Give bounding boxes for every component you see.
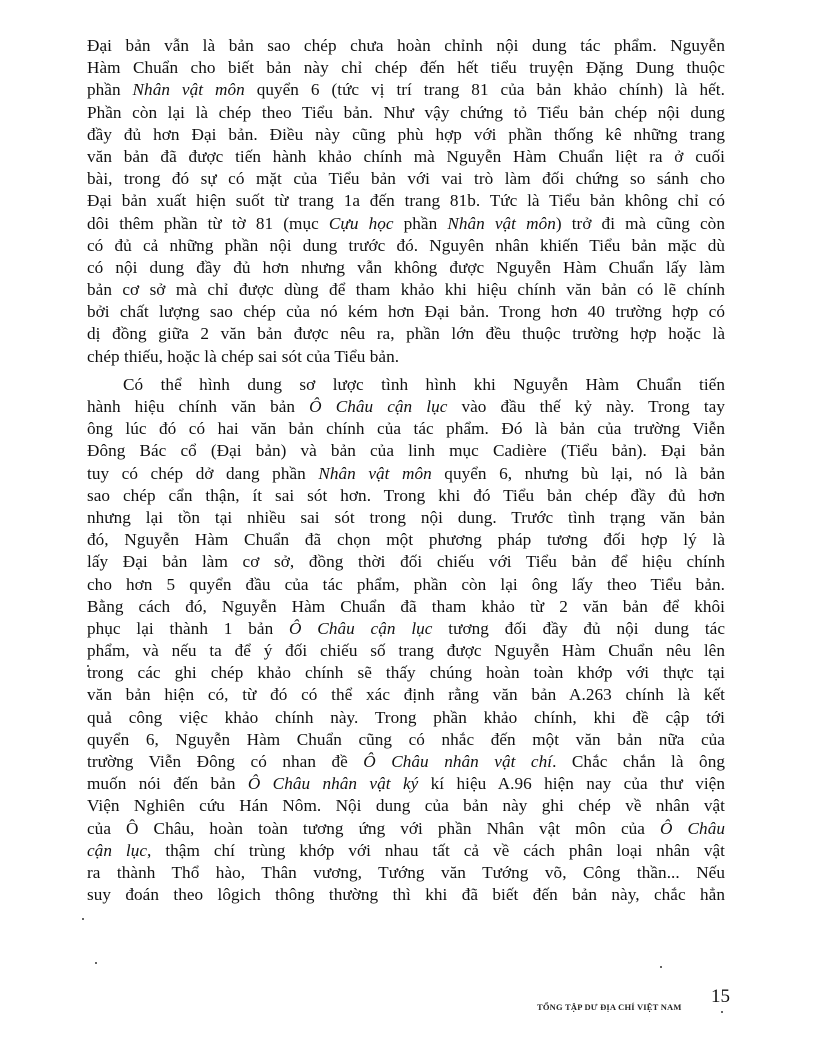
italic-title: Nhân vật môn — [318, 464, 431, 483]
text-segment: trường Viễn Đông có nhan đề — [87, 752, 363, 771]
italic-title: Ô Châu — [660, 819, 725, 838]
scan-speck — [87, 665, 89, 667]
text-line: sao chép cẩn thận, ít sai sót hơn. Trong… — [87, 485, 725, 507]
text-line: lấy Đại bản làm cơ sở, đồng thời đối chi… — [87, 551, 725, 573]
text-segment: suy đoán theo lôgich thông thường thì kh… — [87, 885, 725, 904]
text-segment: của Ô Châu, hoàn toàn tương ứng với phần… — [87, 819, 660, 838]
text-segment: , thậm chí trùng khớp với nhau tất cả về… — [147, 841, 725, 860]
text-line: nhưng lại tồn tại nhiều sai sót trong nộ… — [87, 507, 725, 529]
text-segment: văn bản hiện có, từ đó có thể xác định r… — [87, 685, 725, 704]
text-segment: Đại bản xuất hiện suốt từ trang 1a đến t… — [87, 191, 725, 210]
text-line: Đại bản vẫn là bản sao chép chưa hoàn ch… — [87, 35, 725, 57]
text-segment: ) trở đi mà cũng còn — [556, 214, 725, 233]
text-segment: bài, trong đó sự có mặt của Tiểu bản với… — [87, 169, 725, 188]
text-segment: trong các ghi chép khảo chính sẽ thấy ch… — [87, 663, 725, 682]
text-segment: ra thành Thổ hào, Thân vương, Tướng văn … — [87, 863, 725, 882]
text-line: Phần còn lại là chép theo Tiểu bản. Như … — [87, 102, 725, 124]
text-line: Có thể hình dung sơ lược tình hình khi N… — [87, 374, 725, 396]
text-segment: dị đồng giữa 2 văn bản được nêu ra, phần… — [87, 324, 725, 343]
text-line: muốn nói đến bản Ô Châu nhân vật ký kí h… — [87, 773, 725, 795]
text-segment: lấy Đại bản làm cơ sở, đồng thời đối chi… — [87, 552, 725, 571]
scan-speck — [721, 1011, 723, 1013]
text-segment: dôi thêm phần từ tờ 81 (mục — [87, 214, 329, 233]
text-segment: muốn nói đến bản — [87, 774, 248, 793]
text-segment: cho hơn 5 quyển đầu của tác phẩm, phần c… — [87, 575, 725, 594]
text-line: trong các ghi chép khảo chính sẽ thấy ch… — [87, 662, 725, 684]
running-footer-title: TỔNG TẬP DƯ ĐỊA CHÍ VIỆT NAM — [537, 1002, 682, 1012]
text-segment: quyển 6 (tức vị trí trang 81 của bản khả… — [245, 80, 725, 99]
text-segment: Hàm Chuẩn cho biết bản này chỉ chép đến … — [87, 58, 725, 77]
text-line: quả công việc khảo chính này. Trong phần… — [87, 707, 725, 729]
text-segment: tuy có chép dở dang phần — [87, 464, 318, 483]
text-line: phần Nhân vật môn quyển 6 (tức vị trí tr… — [87, 79, 725, 101]
text-line: có đủ cả những phần nội dung trước đó. N… — [87, 235, 725, 257]
scan-speck — [95, 962, 97, 964]
text-segment: kí hiệu A.96 hiện nay của thư viện — [418, 774, 725, 793]
document-page: Đại bản vẫn là bản sao chép chưa hoàn ch… — [0, 0, 816, 1056]
paragraph: Đại bản vẫn là bản sao chép chưa hoàn ch… — [87, 35, 725, 368]
text-segment: phần — [394, 214, 448, 233]
text-segment: bởi chất lượng sao chép của nó kém hơn Đ… — [87, 302, 725, 321]
text-line: đầy đủ hơn Đại bản. Điều này cũng phù hợ… — [87, 124, 725, 146]
text-line: ông lúc đó có hai văn bản chính của tác … — [87, 418, 725, 440]
text-line: phục lại thành 1 bản Ô Châu cận lục tươn… — [87, 618, 725, 640]
text-line: hành hiệu chính văn bản Ô Châu cận lục v… — [87, 396, 725, 418]
body-text: Đại bản vẫn là bản sao chép chưa hoàn ch… — [87, 35, 725, 906]
text-segment: hành hiệu chính văn bản — [87, 397, 309, 416]
page-number: 15 — [711, 986, 730, 1008]
text-line: suy đoán theo lôgich thông thường thì kh… — [87, 884, 725, 906]
italic-title: Nhân vật môn — [447, 214, 556, 233]
text-segment: bản cơ sở mà chỉ được dùng để tham khảo … — [87, 280, 725, 299]
text-segment: Đông Bác cổ (Đại bản) và bản của linh mụ… — [87, 441, 725, 460]
text-segment: Đại bản vẫn là bản sao chép chưa hoàn ch… — [87, 36, 725, 55]
text-segment: Viện Nghiên cứu Hán Nôm. Nội dung của bả… — [87, 796, 725, 815]
scan-speck — [660, 966, 662, 968]
text-segment: Phần còn lại là chép theo Tiểu bản. Như … — [87, 103, 725, 122]
text-line: Bằng cách đó, Nguyễn Hàm Chuẩn đã tham k… — [87, 596, 725, 618]
italic-title: Ô Châu cận lục — [289, 619, 432, 638]
text-line: chép thiếu, hoặc là chép sai sót của Tiể… — [87, 346, 725, 368]
text-segment: quả công việc khảo chính này. Trong phần… — [87, 708, 725, 727]
text-line: có nội dung đầy đủ hơn nhưng vẫn không đ… — [87, 257, 725, 279]
text-segment: ông lúc đó có hai văn bản chính của tác … — [87, 419, 725, 438]
text-segment: quyển 6, Nguyễn Hàm Chuẩn cũng có nhắc đ… — [87, 730, 725, 749]
text-line: bài, trong đó sự có mặt của Tiểu bản với… — [87, 168, 725, 190]
text-line: bản cơ sở mà chỉ được dùng để tham khảo … — [87, 279, 725, 301]
text-segment: văn bản đã được tiến hành khảo chính mà … — [87, 147, 725, 166]
text-line: ra thành Thổ hào, Thân vương, Tướng văn … — [87, 862, 725, 884]
italic-title: Ô Châu cận lục — [309, 397, 447, 416]
text-line: Đông Bác cổ (Đại bản) và bản của linh mụ… — [87, 440, 725, 462]
text-line: phẩm, và nếu ta để ý đối chiếu số trang … — [87, 640, 725, 662]
text-segment: sao chép cẩn thận, ít sai sót hơn. Trong… — [87, 486, 725, 505]
text-line: của Ô Châu, hoàn toàn tương ứng với phần… — [87, 818, 725, 840]
italic-title: cận lục — [87, 841, 147, 860]
italic-title: Nhân vật môn — [133, 80, 245, 99]
text-line: văn bản hiện có, từ đó có thể xác định r… — [87, 684, 725, 706]
text-segment: quyển 6, nhưng bù lại, nó là bản — [432, 464, 725, 483]
paragraph: Có thể hình dung sơ lược tình hình khi N… — [87, 374, 725, 907]
text-line: Viện Nghiên cứu Hán Nôm. Nội dung của bả… — [87, 795, 725, 817]
text-line: văn bản đã được tiến hành khảo chính mà … — [87, 146, 725, 168]
text-line: đó, Nguyễn Hàm Chuẩn đã chọn một phương … — [87, 529, 725, 551]
text-segment: phẩm, và nếu ta để ý đối chiếu số trang … — [87, 641, 725, 660]
text-line: trường Viễn Đông có nhan đề Ô Châu nhân … — [87, 751, 725, 773]
text-line: Hàm Chuẩn cho biết bản này chỉ chép đến … — [87, 57, 725, 79]
text-line: tuy có chép dở dang phần Nhân vật môn qu… — [87, 463, 725, 485]
text-segment: Có thể hình dung sơ lược tình hình khi N… — [123, 375, 725, 394]
text-line: cận lục, thậm chí trùng khớp với nhau tấ… — [87, 840, 725, 862]
text-line: quyển 6, Nguyễn Hàm Chuẩn cũng có nhắc đ… — [87, 729, 725, 751]
text-line: dôi thêm phần từ tờ 81 (mục Cựu học phần… — [87, 213, 725, 235]
text-segment: phục lại thành 1 bản — [87, 619, 289, 638]
text-segment: tương đối đầy đủ nội dung tác — [432, 619, 725, 638]
text-segment: đó, Nguyễn Hàm Chuẩn đã chọn một phương … — [87, 530, 725, 549]
text-segment: nhưng lại tồn tại nhiều sai sót trong nộ… — [87, 508, 725, 527]
text-segment: vào đầu thế kỷ này. Trong tay — [447, 397, 725, 416]
text-segment: chép thiếu, hoặc là chép sai sót của Tiể… — [87, 347, 399, 366]
text-segment: Bằng cách đó, Nguyễn Hàm Chuẩn đã tham k… — [87, 597, 725, 616]
text-segment: đầy đủ hơn Đại bản. Điều này cũng phù hợ… — [87, 125, 725, 144]
text-line: bởi chất lượng sao chép của nó kém hơn Đ… — [87, 301, 725, 323]
italic-title: Ô Châu nhân vật chí — [363, 752, 552, 771]
italic-title: Cựu học — [329, 214, 394, 233]
text-line: cho hơn 5 quyển đầu của tác phẩm, phần c… — [87, 574, 725, 596]
italic-title: Ô Châu nhân vật ký — [248, 774, 418, 793]
text-segment: có nội dung đầy đủ hơn nhưng vẫn không đ… — [87, 258, 725, 277]
text-line: Đại bản xuất hiện suốt từ trang 1a đến t… — [87, 190, 725, 212]
scan-speck — [82, 918, 84, 920]
text-segment: phần — [87, 80, 133, 99]
text-line: dị đồng giữa 2 văn bản được nêu ra, phần… — [87, 323, 725, 345]
text-segment: có đủ cả những phần nội dung trước đó. N… — [87, 236, 725, 255]
text-segment: . Chắc chắn là ông — [552, 752, 725, 771]
